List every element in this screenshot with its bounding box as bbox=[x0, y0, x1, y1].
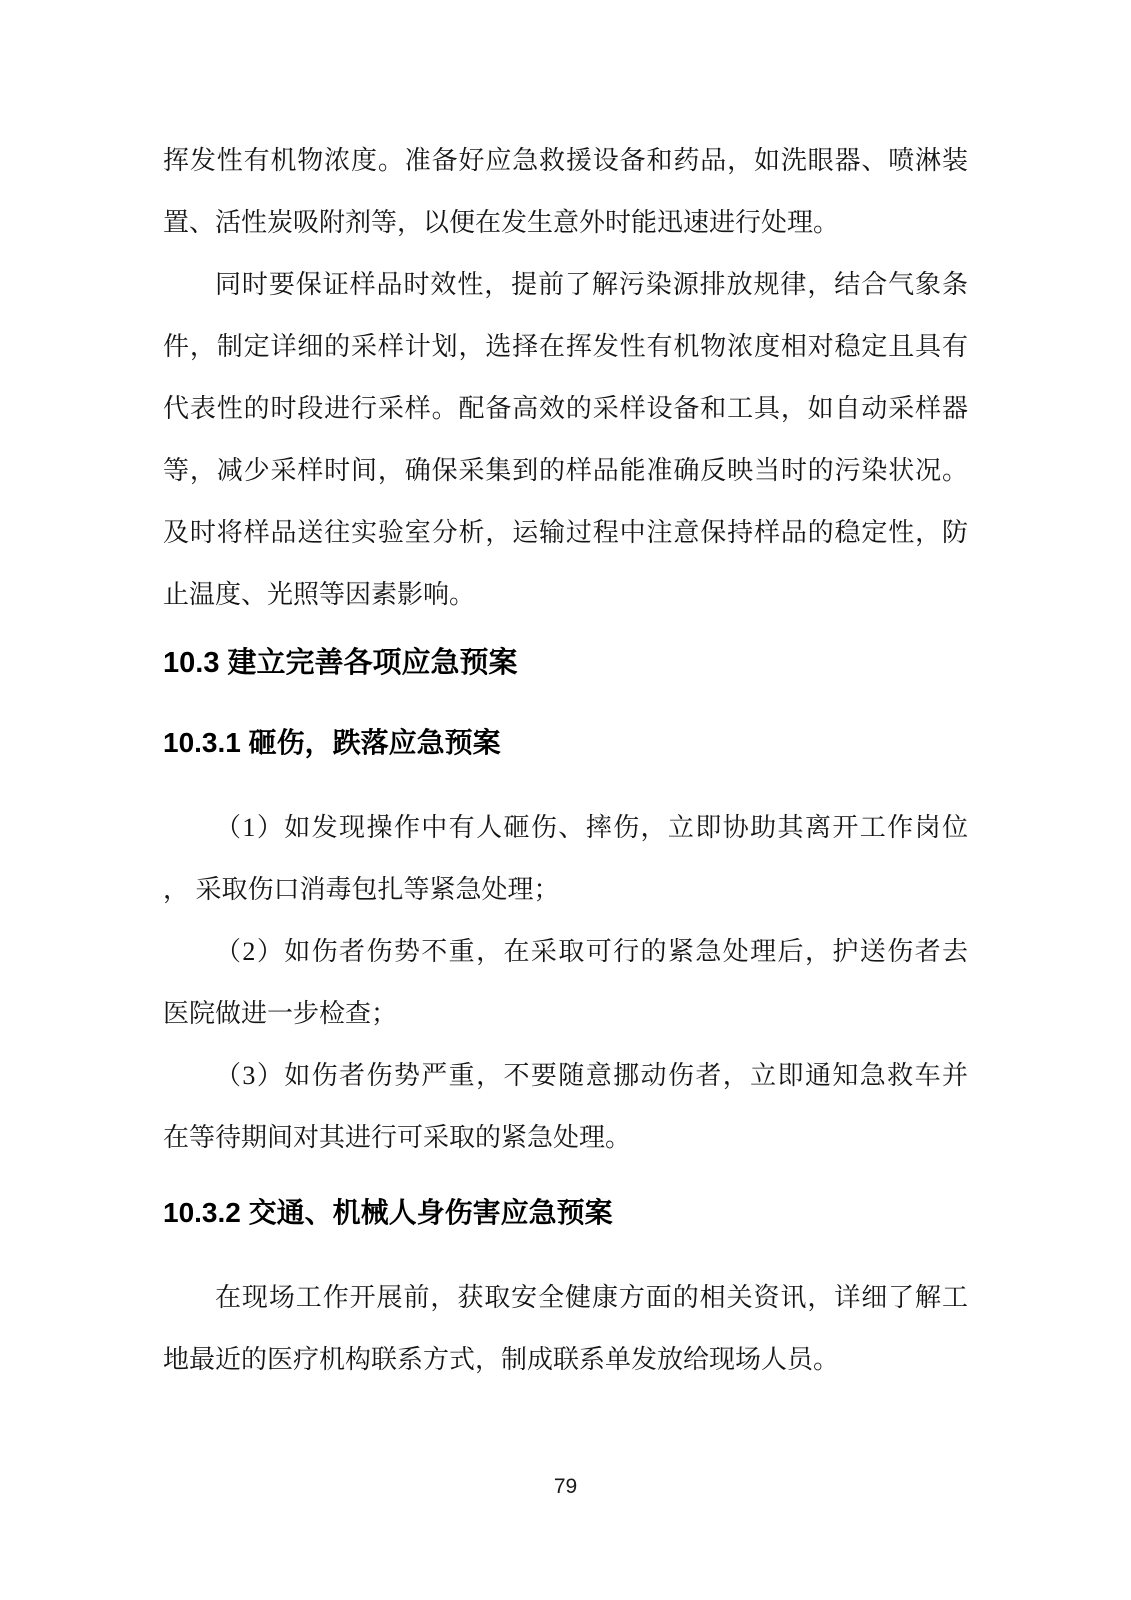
body-line: 代表性的时段进行采样。配备高效的采样设备和工具，如自动采样器 bbox=[163, 378, 968, 440]
list-item-3: （3）如伤者伤势严重，不要随意挪动伤者，立即通知急救车并 在等待期间对其进行可采… bbox=[163, 1045, 968, 1169]
paragraph-site-work: 在现场工作开展前，获取安全健康方面的相关资讯，详细了解工 地最近的医疗机构联系方… bbox=[163, 1267, 968, 1391]
section-heading-10-3-1: 10.3.1 砸伤，跌落应急预案 bbox=[163, 712, 968, 774]
body-line: 挥发性有机物浓度。准备好应急救援设备和药品，如洗眼器、喷淋装 bbox=[163, 130, 968, 192]
body-line: 等，减少采样时间，确保采集到的样品能准确反映当时的污染状况。 bbox=[163, 440, 968, 502]
body-line: （1）如发现操作中有人砸伤、摔伤，立即协助其离开工作岗位 bbox=[163, 797, 968, 859]
body-line: 及时将样品送往实验室分析，运输过程中注意保持样品的稳定性，防 bbox=[163, 502, 968, 564]
list-item-1: （1）如发现操作中有人砸伤、摔伤，立即协助其离开工作岗位 ， 采取伤口消毒包扎等… bbox=[163, 797, 968, 921]
body-line: 地最近的医疗机构联系方式，制成联系单发放给现场人员。 bbox=[163, 1329, 968, 1391]
body-line: 在等待期间对其进行可采取的紧急处理。 bbox=[163, 1107, 968, 1169]
paragraph-sampling-plan: 同时要保证样品时效性，提前了解污染源排放规律，结合气象条 件，制定详细的采样计划… bbox=[163, 254, 968, 626]
list-item-2: （2）如伤者伤势不重，在采取可行的紧急处理后，护送伤者去 医院做进一步检查； bbox=[163, 921, 968, 1045]
body-line: 同时要保证样品时效性，提前了解污染源排放规律，结合气象条 bbox=[163, 254, 968, 316]
page-number: 79 bbox=[0, 1475, 1131, 1499]
body-line: （2）如伤者伤势不重，在采取可行的紧急处理后，护送伤者去 bbox=[163, 921, 968, 983]
document-body: 挥发性有机物浓度。准备好应急救援设备和药品，如洗眼器、喷淋装 置、活性炭吸附剂等… bbox=[163, 130, 968, 1391]
body-line: 在现场工作开展前，获取安全健康方面的相关资讯，详细了解工 bbox=[163, 1267, 968, 1329]
document-page: 挥发性有机物浓度。准备好应急救援设备和药品，如洗眼器、喷淋装 置、活性炭吸附剂等… bbox=[0, 0, 1131, 1600]
body-line: 置、活性炭吸附剂等，以便在发生意外时能迅速进行处理。 bbox=[163, 192, 968, 254]
body-line: 件，制定详细的采样计划，选择在挥发性有机物浓度相对稳定且具有 bbox=[163, 316, 968, 378]
body-line: ， 采取伤口消毒包扎等紧急处理； bbox=[163, 859, 968, 921]
section-heading-10-3: 10.3 建立完善各项应急预案 bbox=[163, 632, 968, 694]
body-line: 医院做进一步检查； bbox=[163, 983, 968, 1045]
body-line: （3）如伤者伤势严重，不要随意挪动伤者，立即通知急救车并 bbox=[163, 1045, 968, 1107]
paragraph-voc-concentration: 挥发性有机物浓度。准备好应急救援设备和药品，如洗眼器、喷淋装 置、活性炭吸附剂等… bbox=[163, 130, 968, 254]
body-line: 止温度、光照等因素影响。 bbox=[163, 564, 968, 626]
section-heading-10-3-2: 10.3.2 交通、机械人身伤害应急预案 bbox=[163, 1182, 968, 1244]
